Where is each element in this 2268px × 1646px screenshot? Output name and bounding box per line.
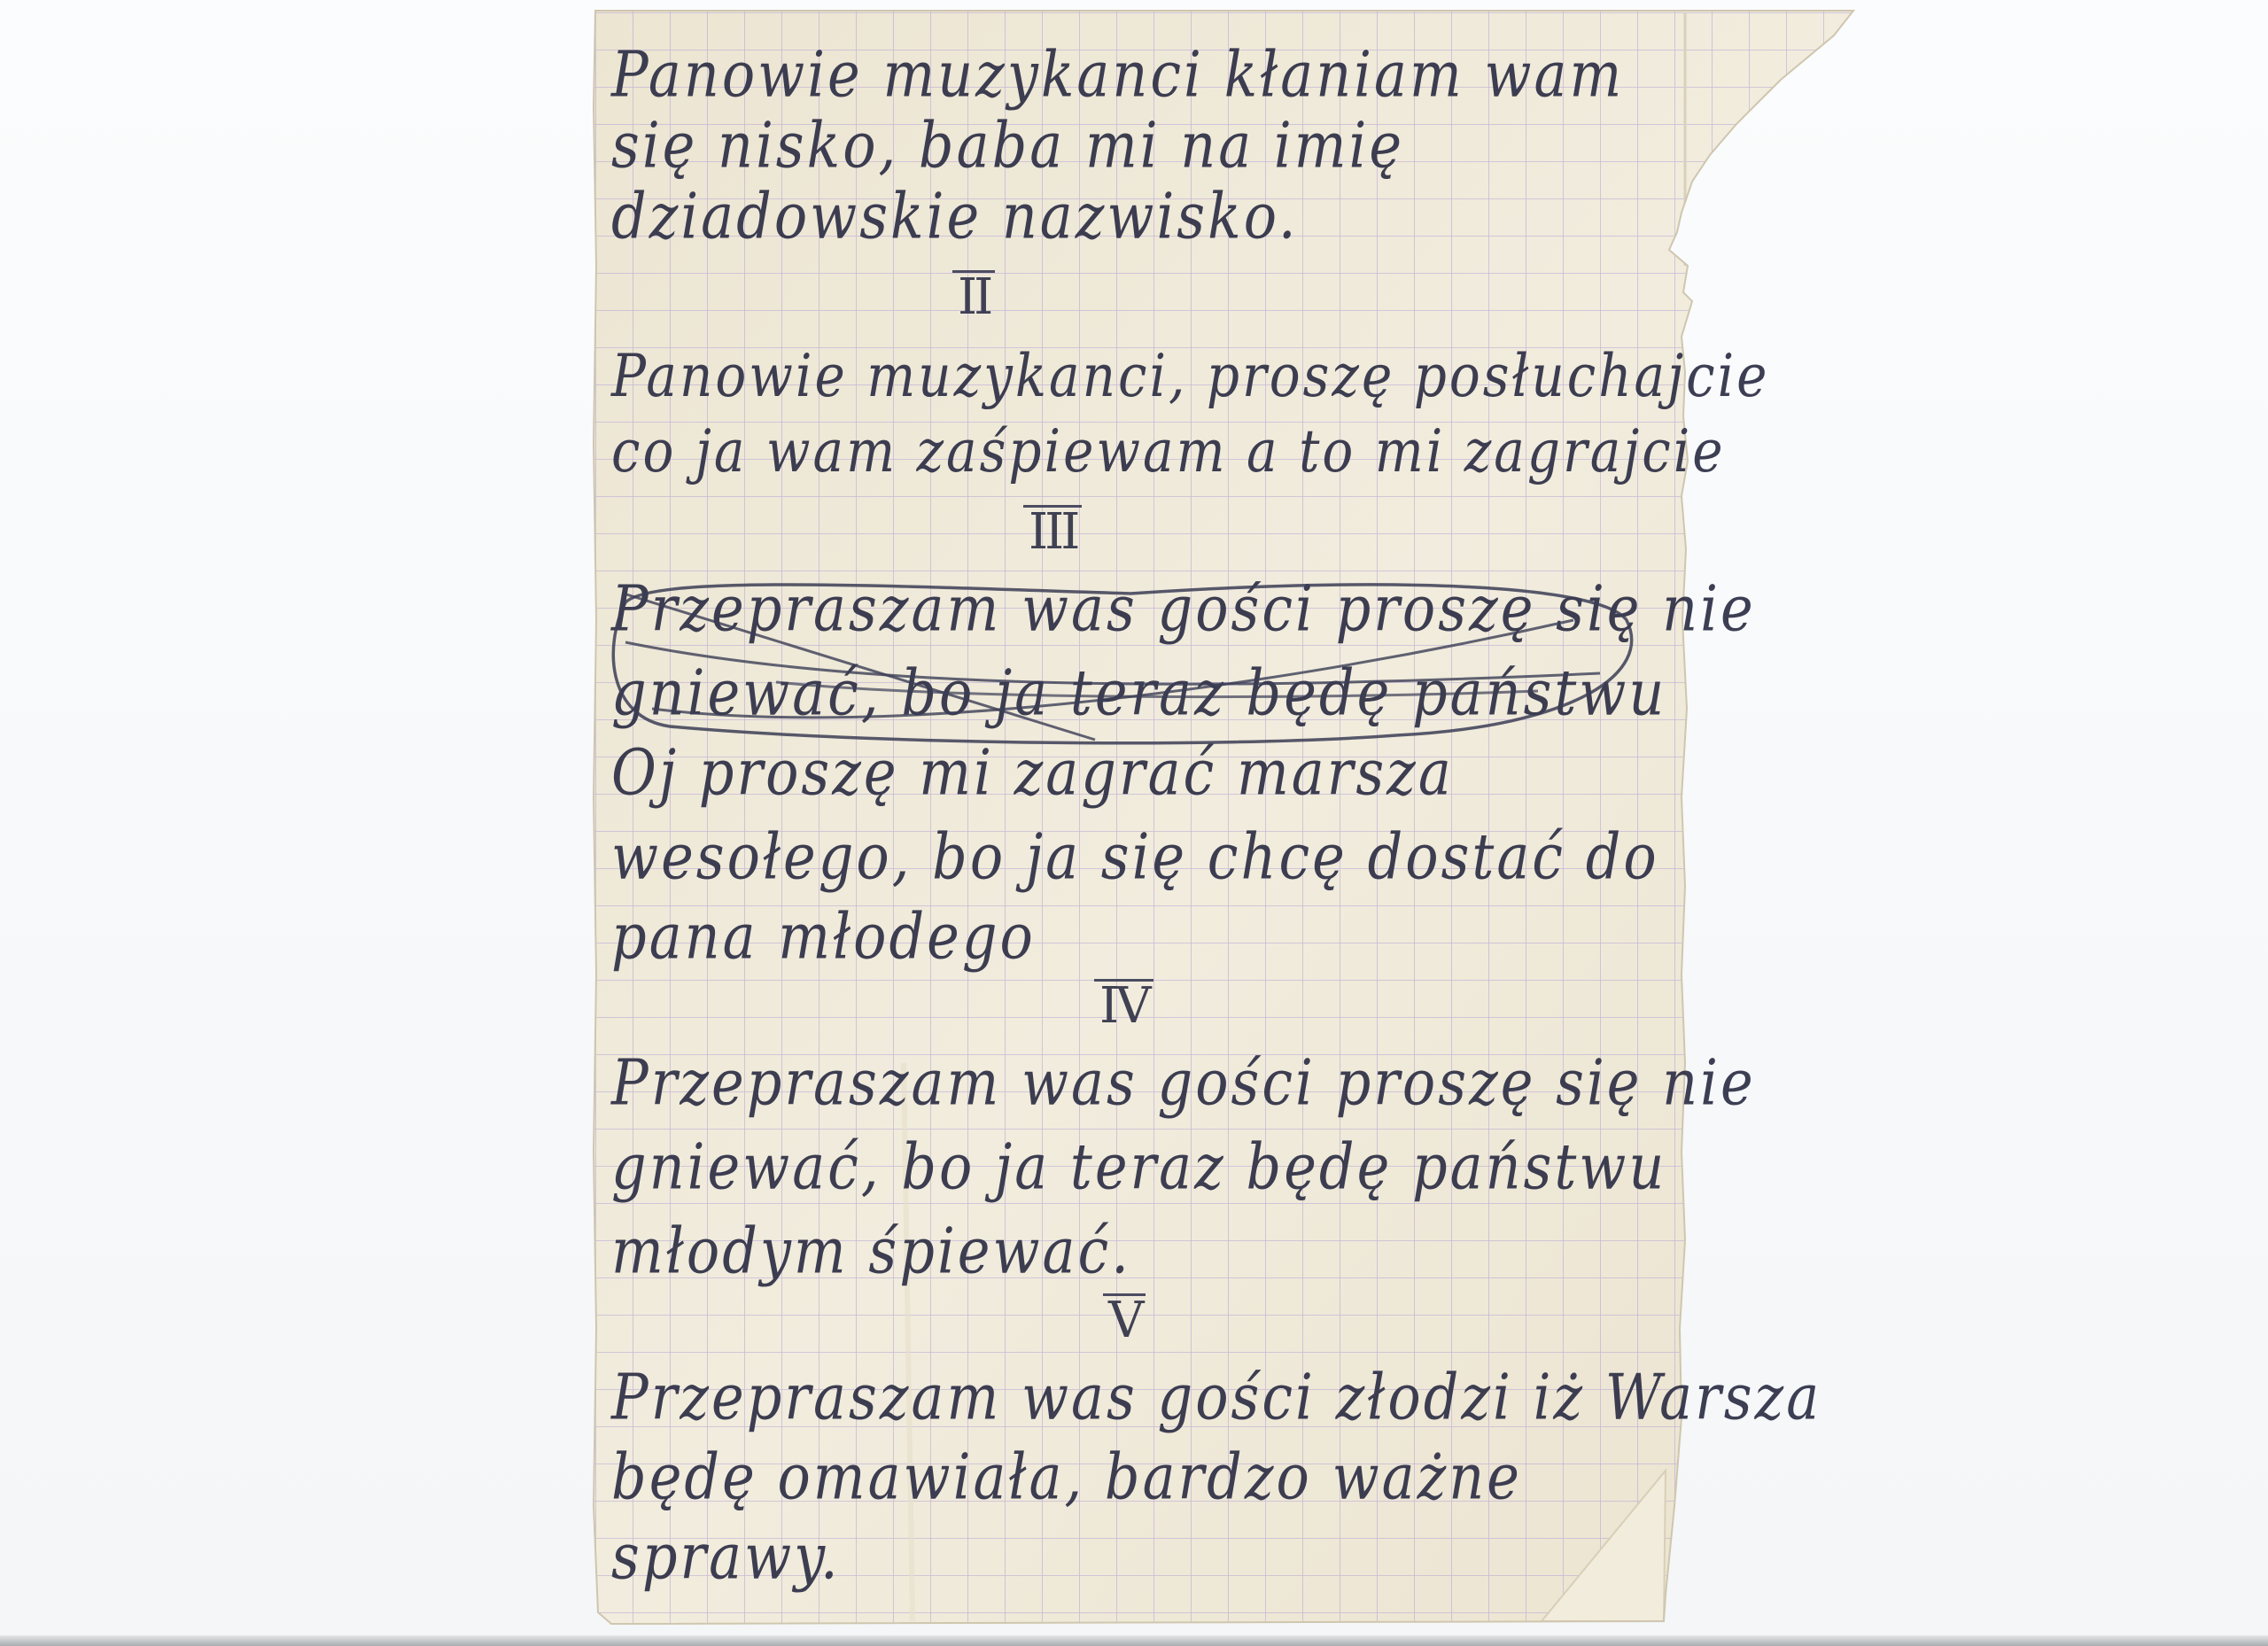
verse-4-line-1: Przepraszam was gości proszę się nie: [611, 1045, 1756, 1120]
verse-3-line-3: pana młodego: [611, 899, 1036, 974]
verse-2-line-2: co ja wam zaśpiewam a to mi zagrajcie: [611, 416, 1726, 485]
intro-line-1: Panowie muzykanci kłaniam wam: [611, 37, 1624, 112]
verse-5-line-1: Przepraszam was gości złodzi iż Warsza: [611, 1360, 1821, 1434]
intro-line-3: dziadowskie nazwisko.: [611, 179, 1299, 253]
verse-3-line-1: Oj proszę mi zagrać marsza: [611, 735, 1454, 810]
verse-3-line-2: wesołego, bo ja się chcę dostać do: [611, 819, 1659, 894]
verse-numeral-2: II: [952, 270, 995, 322]
verse-numeral-3: III: [1023, 505, 1082, 557]
verse-5-line-3: sprawy.: [611, 1519, 841, 1594]
verse-numeral-5: V: [1103, 1293, 1146, 1346]
verse-2-line-1: Panowie muzykanci, proszę posłuchajcie: [611, 341, 1769, 410]
notebook-page: Panowie muzykanci kłaniam wam się nisko,…: [0, 0, 2268, 1646]
verse-4-line-2: gniewać, bo ja teraz będę państwu: [611, 1130, 1666, 1204]
intro-line-2: się nisko, baba mi na imię: [611, 108, 1404, 182]
verse-numeral-4: IV: [1094, 979, 1153, 1031]
strikethrough-scribble: [599, 567, 1653, 753]
verse-4-line-3: młodym śpiewać.: [611, 1214, 1131, 1288]
verse-5-line-2: będę omawiała, bardzo ważne: [611, 1440, 1522, 1514]
handwritten-text: Panowie muzykanci kłaniam wam się nisko,…: [611, 27, 1674, 1621]
